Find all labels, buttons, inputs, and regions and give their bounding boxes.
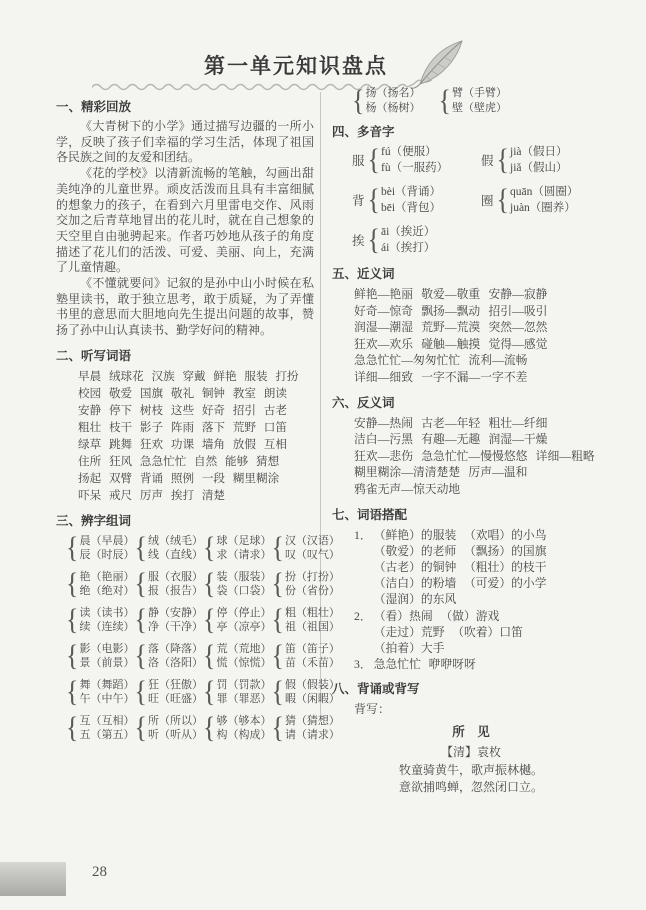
synonym-line: 润湿—潮湿 荒野—荒漠 突然—忽然 bbox=[332, 319, 610, 336]
zici-group: {假（假装）暇（闲暇） bbox=[271, 678, 339, 707]
page-number: 28 bbox=[92, 864, 107, 881]
brace-icon: { bbox=[438, 86, 450, 116]
zici-group: {汉（汉语）叹（叹气） bbox=[271, 534, 339, 563]
collocation-line: （敬爱）的老师 （飘扬）的国旗 bbox=[374, 543, 547, 559]
zici-bottom: 袋（口袋） bbox=[216, 584, 271, 599]
section-heading-fanyici: 六、反义词 bbox=[332, 393, 610, 411]
antonym-line: 安静—热闹 古老—年轻 粗壮—纤细 bbox=[332, 415, 610, 432]
brace-icon: { bbox=[497, 185, 509, 215]
zici-top: 服（衣服） bbox=[148, 570, 203, 585]
zici-group: {装（服装）袋（口袋） bbox=[203, 570, 271, 599]
pinyin-bottom: ái（挨打） bbox=[381, 240, 435, 256]
brace-icon: { bbox=[134, 641, 146, 671]
dictation-row: 粗壮 枝干 影子 阵雨 落下 荒野 口笛 bbox=[56, 419, 314, 436]
zici-top: 落（降落） bbox=[148, 642, 203, 657]
zici-group: {罚（罚款）罪（罪恶） bbox=[203, 678, 271, 707]
brace-icon: { bbox=[368, 145, 380, 175]
zici-bottom: 线（直线） bbox=[148, 548, 203, 563]
zici-bottom: 慌（惊慌） bbox=[216, 656, 271, 671]
zici-group: {静（安静）净（干净） bbox=[134, 606, 202, 635]
duoyin-group: 服{fú（便服）fù（一服药） bbox=[352, 144, 481, 176]
dictation-row: 校园 敬爱 国旗 敬礼 铜钟 教室 朗读 bbox=[56, 385, 314, 402]
duoyin-group: 圈{quān（圆圈）juàn（圈养） bbox=[481, 184, 610, 216]
synonym-line: 详细—细致 一字不漏—一字不差 bbox=[332, 369, 610, 386]
zici-top: 荒（荒地） bbox=[216, 642, 271, 657]
collocation-line: （鲜艳）的服装 （欢唱）的小鸟 bbox=[374, 527, 547, 543]
section-heading-duoyinzi: 四、多音字 bbox=[332, 122, 610, 140]
brace-icon: { bbox=[271, 533, 283, 563]
brace-icon: { bbox=[134, 569, 146, 599]
pinyin-bottom: fù（一服药） bbox=[381, 160, 448, 176]
collocation-line: （拍着）大手 bbox=[374, 640, 523, 656]
zici-bottom: 罪（罪恶） bbox=[216, 692, 271, 707]
dictation-row: 绿草 跳舞 狂欢 功课 墙角 放假 互相 bbox=[56, 436, 314, 453]
brace-icon: { bbox=[203, 569, 215, 599]
recall-paragraph: 《不懂就要问》记叙的是孙中山小时候在私塾里读书，敢于独立思考，敢于质疑，为了弄懂… bbox=[56, 276, 314, 339]
duoyin-group: 假{jià（假日）jiǎ（假山） bbox=[481, 144, 610, 176]
zici-bottom: 五（第五） bbox=[79, 728, 134, 743]
brace-icon: { bbox=[368, 225, 380, 255]
zici-top: 停（停止） bbox=[216, 606, 271, 621]
recall-paragraph: 《大青树下的小学》通过描写边疆的一所小学，反映了孩子们幸福的学习生活，体现了祖国… bbox=[56, 119, 314, 166]
zici-group: {读（读书）续（连续） bbox=[66, 606, 134, 635]
section-heading-beisong: 八、背诵或背写 bbox=[332, 679, 610, 697]
duoyin-group: 挨{āi（挨近）ái（挨打） bbox=[352, 224, 504, 256]
pinyin-bottom: juàn（圈养） bbox=[510, 200, 578, 216]
zici-bottom: 亭（凉亭） bbox=[216, 620, 271, 635]
duoyin-char: 服 bbox=[352, 151, 365, 169]
pinyin-top: quān（圆圈） bbox=[510, 184, 578, 200]
duoyin-row: 服{fú（便服）fù（一服药） 假{jià（假日）jiǎ（假山） bbox=[352, 144, 610, 176]
collocation-line: （走过）荒野 （吹着）口笛 bbox=[374, 624, 523, 640]
page-title: 第一单元知识盘点 bbox=[204, 50, 388, 80]
zici-group: {落（降落）洛（洛阳） bbox=[134, 642, 202, 671]
zici-group: {粗（粗壮）祖（祖国） bbox=[271, 606, 339, 635]
brace-icon: { bbox=[134, 713, 146, 743]
brace-icon: { bbox=[66, 713, 78, 743]
section-heading-bianzi: 三、辨字组词 bbox=[56, 511, 314, 529]
brace-icon: { bbox=[203, 677, 215, 707]
brace-icon: { bbox=[271, 713, 283, 743]
beixie-label: 背写： bbox=[332, 701, 610, 718]
section-heading-recall: 一、精彩回放 bbox=[56, 97, 314, 115]
brace-icon: { bbox=[271, 605, 283, 635]
brace-icon: { bbox=[271, 677, 283, 707]
brace-icon: { bbox=[134, 677, 146, 707]
collocation-line: 急急忙忙 咿咿呀呀 bbox=[374, 656, 476, 672]
left-column: 一、精彩回放 《大青树下的小学》通过描写边疆的一所小学，反映了孩子们幸福的学习生… bbox=[56, 97, 314, 750]
zici-row: {互（互相）五（第五） {所（所以）听（听从） {够（够本）构（构成） {猜（猜… bbox=[66, 714, 314, 743]
synonym-line: 好奇—惊奇 飘扬—飘动 招引—吸引 bbox=[332, 303, 610, 320]
zici-top: 影（电影） bbox=[79, 642, 134, 657]
poem-title: 所 见 bbox=[332, 722, 610, 740]
zici-group: {臂（手臂）壁（壁虎） bbox=[438, 86, 506, 115]
brace-icon: { bbox=[66, 533, 78, 563]
poem-author: 【清】袁枚 bbox=[332, 743, 610, 760]
zici-top: 装（服装） bbox=[216, 570, 271, 585]
antonym-line: 洁白—污黑 有趣—无趣 润湿—干燥 bbox=[332, 431, 610, 448]
item-number: 3． bbox=[354, 656, 372, 672]
zici-row: {艳（艳丽）绝（绝对） {服（衣服）报（报告） {装（服装）袋（口袋） {扮（打… bbox=[66, 570, 314, 599]
antonym-line: 糊里糊涂—清清楚楚 厉声—温和 bbox=[332, 464, 610, 481]
zici-group: {服（衣服）报（报告） bbox=[134, 570, 202, 599]
zici-top: 互（互相） bbox=[79, 714, 134, 729]
right-column: {扬（扬名）杨（杨树） {臂（手臂）壁（壁虎） 四、多音字 服{fú（便服）fù… bbox=[332, 86, 610, 796]
recall-paragraph: 《花的学校》以清新流畅的笔触，勾画出甜美纯净的儿童世界。顽皮活泼而且具有丰富细腻… bbox=[56, 166, 314, 276]
zici-group: {荒（荒地）慌（惊慌） bbox=[203, 642, 271, 671]
collocation-item: 3． 急急忙忙 咿咿呀呀 bbox=[332, 656, 610, 672]
pinyin-top: āi（挨近） bbox=[381, 224, 435, 240]
dictation-row: 早晨 绒球花 汉族 穿戴 鲜艳 服装 打扮 bbox=[56, 368, 314, 385]
brace-icon: { bbox=[368, 185, 380, 215]
pinyin-bottom: jiǎ（假山） bbox=[510, 160, 568, 176]
zici-group: {够（够本）构（构成） bbox=[203, 714, 271, 743]
zici-top: 罚（罚款） bbox=[216, 678, 271, 693]
zici-bottom: 绝（绝对） bbox=[79, 584, 134, 599]
section-heading-dapei: 七、词语搭配 bbox=[332, 505, 610, 523]
pinyin-top: fú（便服） bbox=[381, 144, 448, 160]
antonym-line: 狂欢—悲伤 急急忙忙—慢慢悠悠 详细—粗略 bbox=[332, 448, 610, 465]
poem: 所 见 【清】袁枚 牧童骑黄牛，歌声振林樾。 意欲捕鸣蝉，忽然闭口立。 bbox=[332, 722, 610, 796]
textbook-page: 第一单元知识盘点 一、精彩回放 《大青树下的小学》通过描写边疆的一所小学，反映了… bbox=[0, 0, 646, 910]
synonym-line: 鲜艳—艳丽 敬爱—敬重 安静—寂静 bbox=[332, 286, 610, 303]
pinyin-top: bèi（背诵） bbox=[381, 184, 441, 200]
zici-row: {晨（早晨）辰（时辰） {绒（绒毛）线（直线） {球（足球）求（请求） {汉（汉… bbox=[66, 534, 314, 563]
zici-row: {影（电影）景（前景） {落（降落）洛（洛阳） {荒（荒地）慌（惊慌） {笛（笛… bbox=[66, 642, 314, 671]
zici-top: 晨（早晨） bbox=[79, 534, 134, 549]
dictation-row: 安静 停下 树枝 这些 好奇 招引 古老 bbox=[56, 402, 314, 419]
poem-line: 意欲捕鸣蝉，忽然闭口立。 bbox=[332, 779, 610, 796]
zici-top: 静（安静） bbox=[148, 606, 203, 621]
section-heading-dictation: 二、听写词语 bbox=[56, 346, 314, 364]
zici-top: 舞（舞蹈） bbox=[79, 678, 134, 693]
zici-top: 扬（扬名） bbox=[365, 86, 420, 101]
section-heading-jinyici: 五、近义词 bbox=[332, 264, 610, 282]
item-number: 2． bbox=[354, 608, 372, 657]
zici-bottom: 景（前景） bbox=[79, 656, 134, 671]
zici-group: {停（停止）亭（凉亭） bbox=[203, 606, 271, 635]
zici-bottom: 续（连续） bbox=[79, 620, 134, 635]
duoyin-char: 挨 bbox=[352, 231, 365, 249]
brace-icon: { bbox=[271, 641, 283, 671]
zici-group: {扮（打扮）份（省份） bbox=[271, 570, 339, 599]
zici-continuation-row: {扬（扬名）杨（杨树） {臂（手臂）壁（壁虎） bbox=[352, 86, 610, 115]
zici-bottom: 午（中午） bbox=[79, 692, 134, 707]
antonym-line: 鸦雀无声—惊天动地 bbox=[332, 481, 610, 498]
collocation-item: 2． （看）热闹 （做）游戏 （走过）荒野 （吹着）口笛 （拍着）大手 bbox=[332, 608, 610, 657]
duoyin-char: 假 bbox=[481, 151, 494, 169]
feather-quill-icon bbox=[398, 38, 470, 92]
zici-group: {球（足球）求（请求） bbox=[203, 534, 271, 563]
collocation-line: （湿润）的东风 bbox=[374, 591, 547, 607]
zici-bottom: 旺（旺盛） bbox=[148, 692, 203, 707]
zici-bottom: 求（请求） bbox=[216, 548, 271, 563]
duoyin-row: 背{bèi（背诵）bēi（背包） 圈{quān（圆圈）juàn（圈养） bbox=[352, 184, 610, 216]
zici-bottom: 辰（时辰） bbox=[79, 548, 134, 563]
brace-icon: { bbox=[66, 605, 78, 635]
zici-top: 所（所以） bbox=[148, 714, 203, 729]
dictation-row: 扬起 双臂 背诵 照例 一段 糊里糊涂 bbox=[56, 470, 314, 487]
zici-group: {舞（舞蹈）午（中午） bbox=[66, 678, 134, 707]
brace-icon: { bbox=[352, 86, 364, 116]
page-edge-tab bbox=[0, 862, 66, 896]
zici-row: {读（读书）续（连续） {静（安静）净（干净） {停（停止）亭（凉亭） {粗（粗… bbox=[66, 606, 314, 635]
zici-top: 臂（手臂） bbox=[452, 86, 507, 101]
brace-icon: { bbox=[66, 677, 78, 707]
collocation-line: （洁白）的粉墙 （可爱）的小学 bbox=[374, 575, 547, 591]
duoyin-group: 背{bèi（背诵）bēi（背包） bbox=[352, 184, 481, 216]
zici-group: {艳（艳丽）绝（绝对） bbox=[66, 570, 134, 599]
zici-bottom: 净（干净） bbox=[148, 620, 203, 635]
brace-icon: { bbox=[203, 641, 215, 671]
brace-icon: { bbox=[497, 145, 509, 175]
brace-icon: { bbox=[66, 641, 78, 671]
zici-group: {扬（扬名）杨（杨树） bbox=[352, 86, 420, 115]
zici-group: {影（电影）景（前景） bbox=[66, 642, 134, 671]
duoyin-char: 圈 bbox=[481, 191, 494, 209]
zici-group: {笛（笛子）苗（禾苗） bbox=[271, 642, 339, 671]
dictation-row: 吓呆 戒尺 厉声 挨打 清楚 bbox=[56, 487, 314, 504]
zici-row: {舞（舞蹈）午（中午） {狂（狂傲）旺（旺盛） {罚（罚款）罪（罪恶） {假（假… bbox=[66, 678, 314, 707]
zici-bottom: 杨（杨树） bbox=[365, 101, 420, 116]
poem-line: 牧童骑黄牛，歌声振林樾。 bbox=[332, 762, 610, 779]
brace-icon: { bbox=[66, 569, 78, 599]
zici-group: {猜（猜想）请（请求） bbox=[271, 714, 339, 743]
zici-bottom: 听（听从） bbox=[148, 728, 203, 743]
item-number: 1． bbox=[354, 527, 372, 608]
zici-top: 够（够本） bbox=[216, 714, 271, 729]
zici-bottom: 报（报告） bbox=[148, 584, 203, 599]
zici-group: {晨（早晨）辰（时辰） bbox=[66, 534, 134, 563]
duoyin-char: 背 bbox=[352, 191, 365, 209]
zici-bottom: 构（构成） bbox=[216, 728, 271, 743]
brace-icon: { bbox=[271, 569, 283, 599]
zici-top: 狂（狂傲） bbox=[148, 678, 203, 693]
zici-top: 艳（艳丽） bbox=[79, 570, 134, 585]
brace-icon: { bbox=[203, 713, 215, 743]
brace-icon: { bbox=[203, 605, 215, 635]
collocation-line: （古老）的铜钟 （粗壮）的枝干 bbox=[374, 559, 547, 575]
duoyin-row: 挨{āi（挨近）ái（挨打） bbox=[352, 224, 610, 256]
dictation-row: 住所 狂风 急急忙忙 自然 能够 猜想 bbox=[56, 453, 314, 470]
zici-group: {所（所以）听（听从） bbox=[134, 714, 202, 743]
zici-bottom: 洛（洛阳） bbox=[148, 656, 203, 671]
zici-group: {绒（绒毛）线（直线） bbox=[134, 534, 202, 563]
collocation-item: 1． （鲜艳）的服装 （欢唱）的小鸟 （敬爱）的老师 （飘扬）的国旗 （古老）的… bbox=[332, 527, 610, 608]
brace-icon: { bbox=[134, 533, 146, 563]
collocation-line: （看）热闹 （做）游戏 bbox=[374, 608, 523, 624]
zici-group: {狂（狂傲）旺（旺盛） bbox=[134, 678, 202, 707]
synonym-line: 狂欢—欢乐 碰触—触摸 觉得—感觉 bbox=[332, 336, 610, 353]
zici-top: 球（足球） bbox=[216, 534, 271, 549]
brace-icon: { bbox=[134, 605, 146, 635]
brace-icon: { bbox=[203, 533, 215, 563]
zici-top: 绒（绒毛） bbox=[148, 534, 203, 549]
pinyin-bottom: bēi（背包） bbox=[381, 200, 441, 216]
zici-group: {互（互相）五（第五） bbox=[66, 714, 134, 743]
zici-top: 读（读书） bbox=[79, 606, 134, 621]
zici-bottom: 壁（壁虎） bbox=[452, 101, 507, 116]
synonym-line: 急急忙忙—匆匆忙忙 流利—流畅 bbox=[332, 352, 610, 369]
pinyin-top: jià（假日） bbox=[510, 144, 568, 160]
